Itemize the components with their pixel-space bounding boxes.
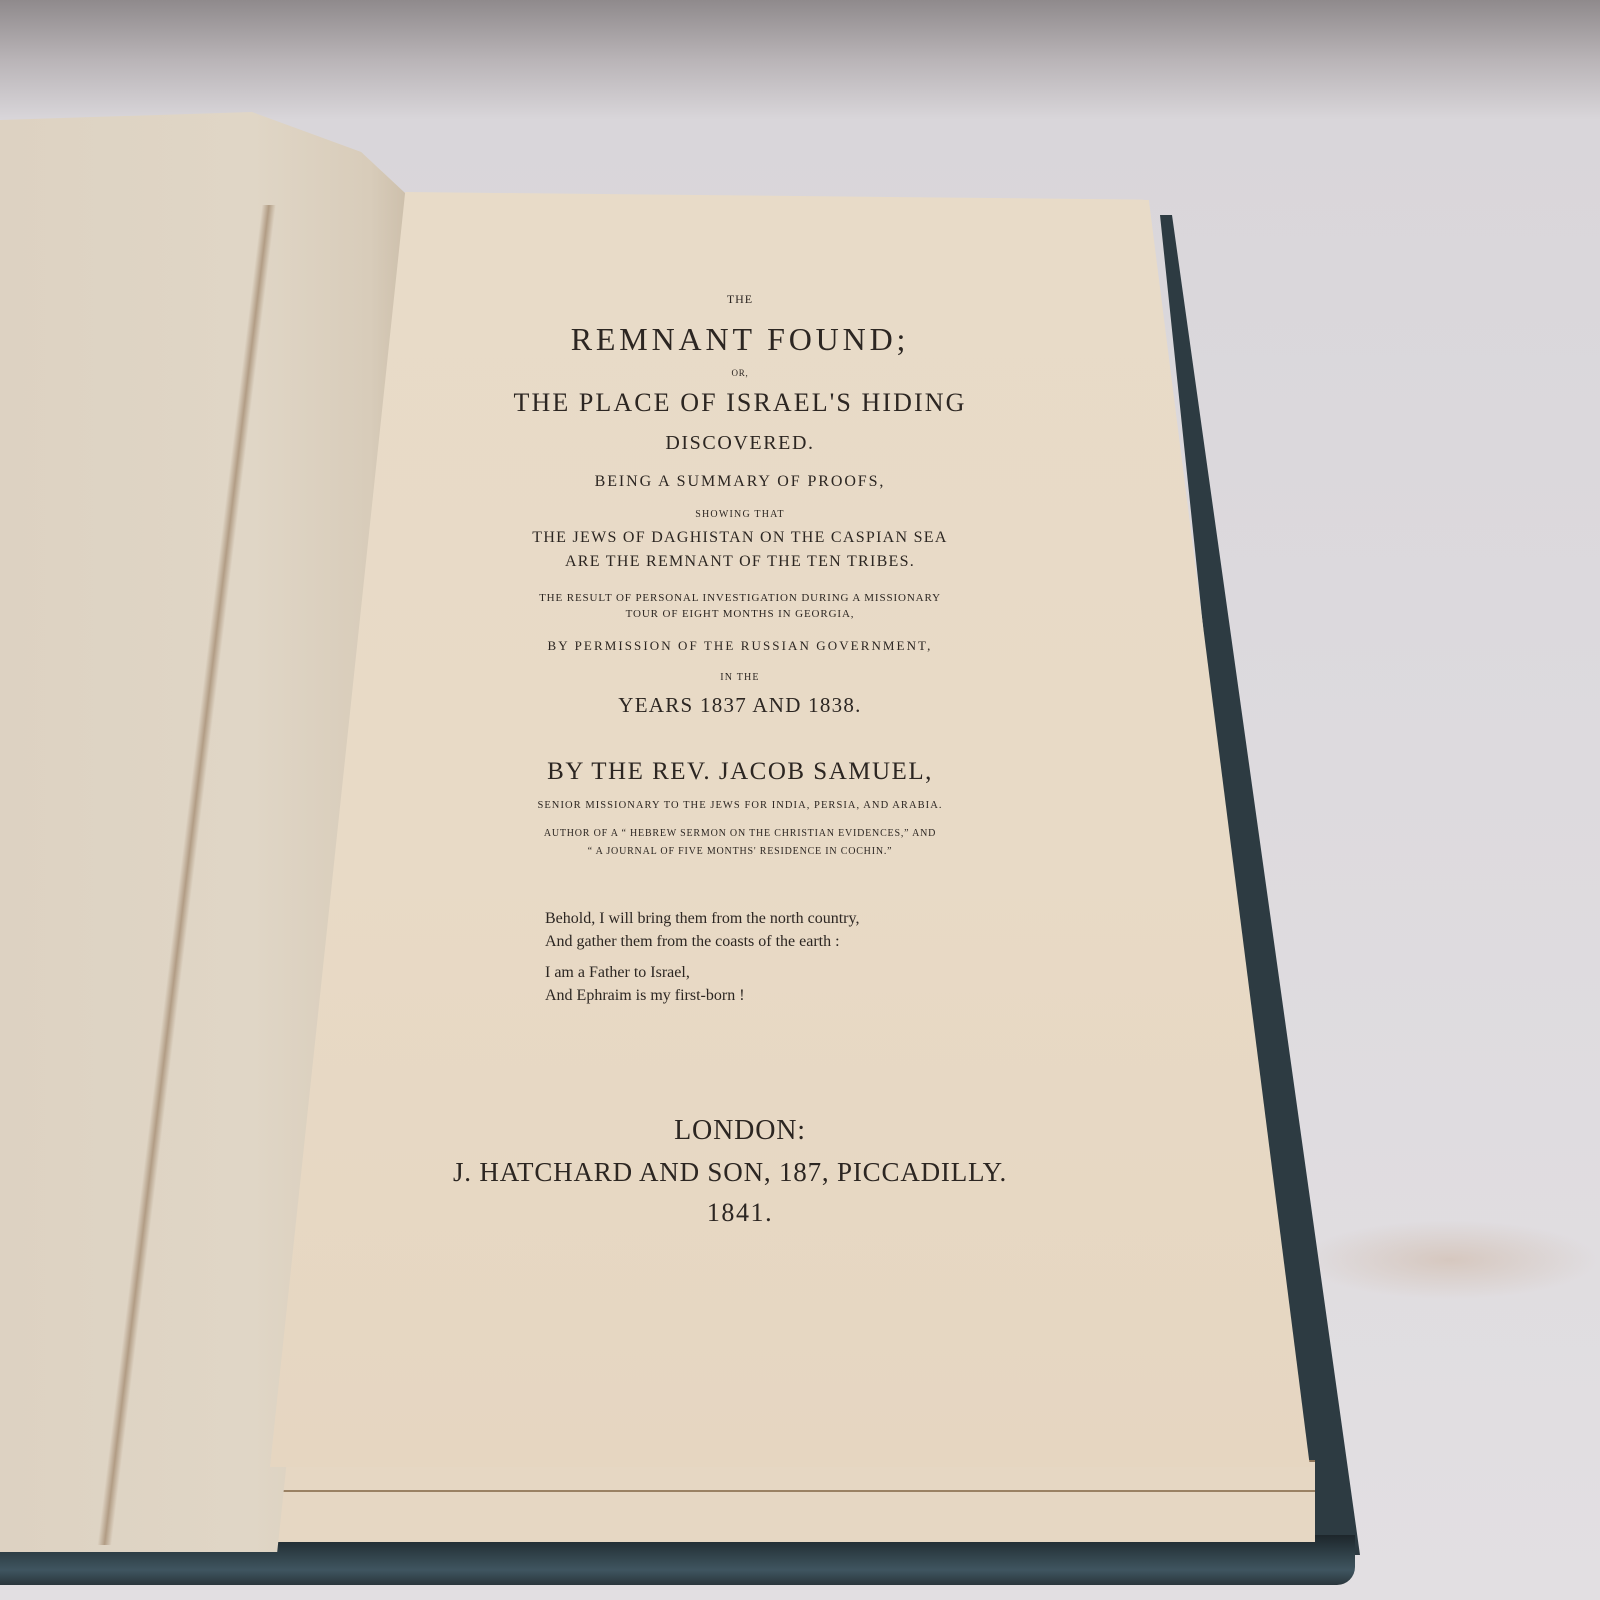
author-line: BY THE REV. JACOB SAMUEL, bbox=[410, 758, 1070, 786]
table-surface bbox=[1300, 1220, 1600, 1300]
author-title: SENIOR MISSIONARY TO THE JEWS FOR INDIA,… bbox=[410, 800, 1070, 811]
epigraph-stanza-2: I am a Father to Israel, And Ephraim is … bbox=[545, 961, 975, 1007]
imprint-publisher: J. HATCHARD AND SON, 187, PICCADILLY. bbox=[390, 1157, 1070, 1188]
epigraph: Behold, I will bring them from the north… bbox=[505, 907, 975, 1007]
epigraph-line: And Ephraim is my first-born ! bbox=[545, 984, 975, 1007]
investigation-note: THE RESULT OF PERSONAL INVESTIGATION DUR… bbox=[410, 590, 1070, 622]
subtitle-discovered: DISCOVERED. bbox=[410, 432, 1070, 455]
works-line-1: AUTHOR OF A “ HEBREW SERMON ON THE CHRIS… bbox=[410, 825, 1070, 843]
main-title: REMNANT FOUND; bbox=[410, 321, 1070, 358]
showing-that: SHOWING THAT bbox=[410, 509, 1070, 520]
title-article: THE bbox=[410, 292, 1070, 307]
title-or: OR, bbox=[410, 368, 1070, 378]
title-page: THE REMNANT FOUND; OR, THE PLACE OF ISRA… bbox=[410, 280, 1070, 1228]
works-line-2: “ A JOURNAL OF FIVE MONTHS' RESIDENCE IN… bbox=[410, 843, 1070, 861]
investigation-line-2: TOUR OF EIGHT MONTHS IN GEORGIA, bbox=[410, 606, 1070, 622]
epigraph-line: Behold, I will bring them from the north… bbox=[545, 907, 975, 930]
thesis: THE JEWS OF DAGHISTAN ON THE CASPIAN SEA… bbox=[410, 526, 1070, 574]
thesis-line-2: ARE THE REMNANT OF THE TEN TRIBES. bbox=[410, 550, 1070, 574]
epigraph-line: I am a Father to Israel, bbox=[545, 961, 975, 984]
years-line: YEARS 1837 AND 1838. bbox=[410, 693, 1070, 718]
epigraph-stanza-1: Behold, I will bring them from the north… bbox=[545, 907, 975, 953]
subtitle: THE PLACE OF ISRAEL'S HIDING bbox=[410, 388, 1070, 418]
investigation-line-1: THE RESULT OF PERSONAL INVESTIGATION DUR… bbox=[410, 590, 1070, 606]
epigraph-line: And gather them from the coasts of the e… bbox=[545, 930, 975, 953]
summary-line: BEING A SUMMARY OF PROOFS, bbox=[410, 473, 1070, 491]
in-the: IN THE bbox=[410, 672, 1070, 683]
thesis-line-1: THE JEWS OF DAGHISTAN ON THE CASPIAN SEA bbox=[410, 526, 1070, 550]
imprint-city: LONDON: bbox=[410, 1115, 1070, 1147]
permission-line: BY PERMISSION OF THE RUSSIAN GOVERNMENT, bbox=[410, 638, 1070, 654]
author-works: AUTHOR OF A “ HEBREW SERMON ON THE CHRIS… bbox=[410, 825, 1070, 861]
imprint-year: 1841. bbox=[410, 1198, 1070, 1228]
page-stack-edges bbox=[265, 1460, 1315, 1542]
